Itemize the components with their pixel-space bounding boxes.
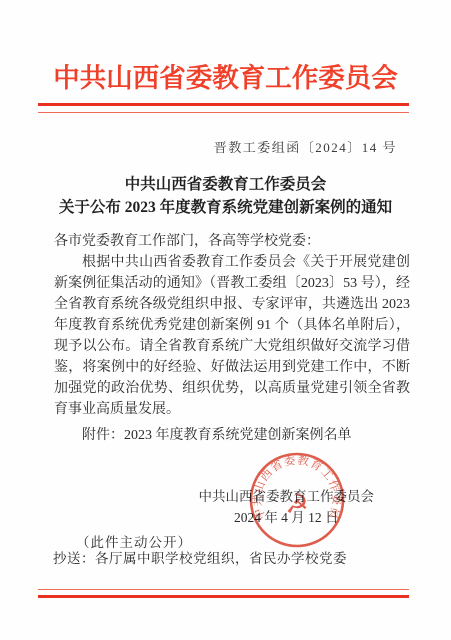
red-divider-top: [38, 103, 409, 113]
red-divider-bottom: [38, 589, 409, 598]
document-number: 晋教工委组函〔2024〕14 号: [0, 137, 397, 156]
signature-block: 中共山西省委教育工作委员会 2024 年 4 月 12 日: [199, 486, 375, 528]
signature-date: 2024 年 4 月 12 日: [199, 507, 375, 528]
attachment-line: 附件：2023 年度教育系统党建创新案例名单: [54, 424, 410, 444]
document-page: 中共山西省委教育工作委员会 晋教工委组函〔2024〕14 号 中共山西省委教育工…: [0, 0, 451, 640]
document-body: 各市党委教育工作部门，各高等学校党委： 根据中共山西省委教育工作委员会《关于开展…: [54, 231, 410, 420]
signature-org: 中共山西省委教育工作委员会: [199, 486, 375, 507]
document-title-line2: 关于公布 2023 年度教育系统党建创新案例的通知: [0, 196, 451, 219]
document-title: 中共山西省委教育工作委员会 关于公布 2023 年度教育系统党建创新案例的通知: [0, 173, 451, 219]
document-title-line1: 中共山西省委教育工作委员会: [0, 173, 451, 196]
body-paragraph: 根据中共山西省委教育工作委员会《关于开展党建创新案例征集活动的通知》（晋教工委组…: [54, 252, 410, 420]
letterhead-title: 中共山西省委教育工作委员会: [0, 56, 451, 95]
salutation-line: 各市党委教育工作部门，各高等学校党委：: [54, 231, 410, 252]
cc-line: 抄送：各厅属中职学校党组织，省民办学校党委: [53, 547, 347, 567]
